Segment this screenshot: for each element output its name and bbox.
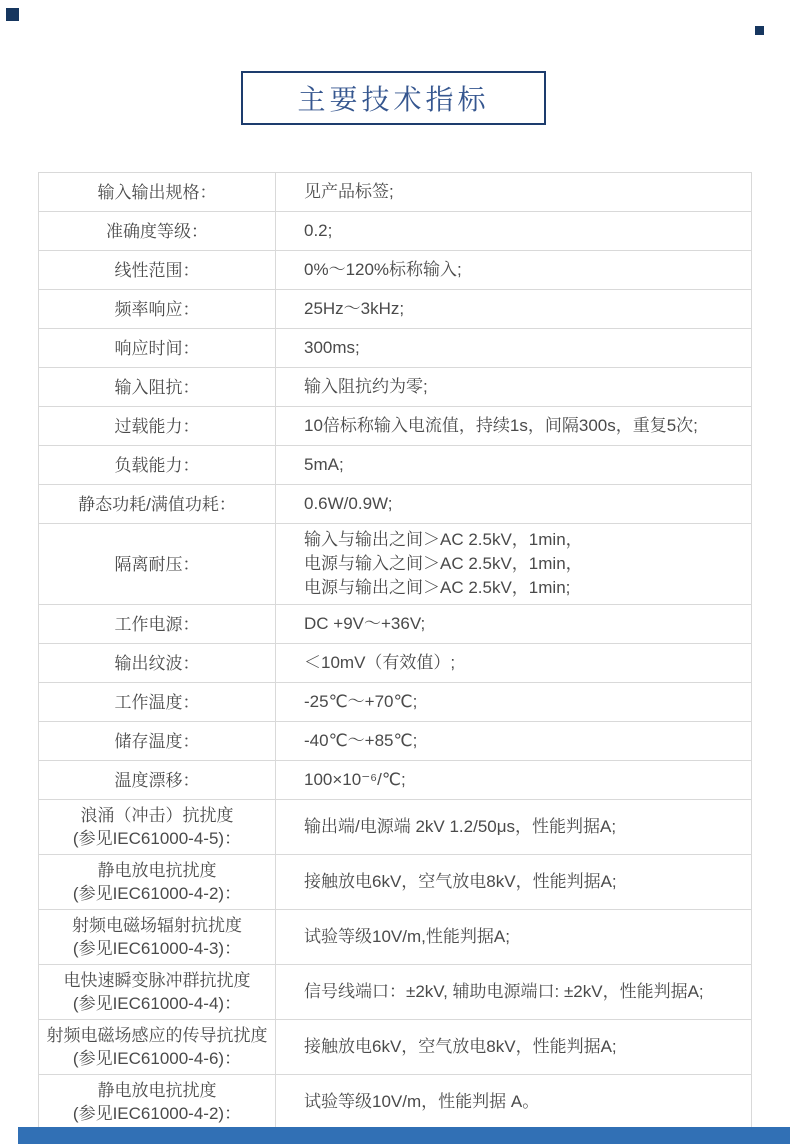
page-title: 主要技术指标 [297, 78, 489, 118]
table-row: 频率响应： 25Hz～3kHz; [39, 290, 751, 329]
spec-value: 0.6W/0.9W; [276, 485, 751, 523]
spec-value: 输入与输出之间＞AC 2.5kV，1min， 电源与输入之间＞AC 2.5kV，… [276, 524, 751, 604]
spec-value: 25Hz～3kHz; [276, 290, 751, 328]
spec-label: 响应时间： [39, 329, 276, 367]
table-row: 浪涌（冲击）抗扰度 (参见IEC61000-4-5)： 输出端/电源端 2kV … [39, 800, 751, 855]
spec-label: 输出纹波： [39, 644, 276, 682]
spec-value: -25℃～+70℃; [276, 683, 751, 721]
spec-label: 电快速瞬变脉冲群抗扰度 (参见IEC61000-4-4)： [39, 965, 276, 1019]
table-row: 负载能力： 5mA; [39, 446, 751, 485]
table-row: 工作温度： -25℃～+70℃; [39, 683, 751, 722]
spec-value: 10倍标称输入电流值，持续1s，间隔300s，重复5次; [276, 407, 751, 445]
spec-label: 隔离耐压： [39, 524, 276, 604]
spec-label: 线性范围： [39, 251, 276, 289]
corner-decoration-top-left-icon [6, 8, 19, 21]
table-row: 储存温度： -40℃～+85℃; [39, 722, 751, 761]
spec-label: 频率响应： [39, 290, 276, 328]
table-row: 射频电磁场辐射抗扰度 (参见IEC61000-4-3)： 试验等级10V/m,性… [39, 910, 751, 965]
spec-value: 0.2; [276, 212, 751, 250]
spec-table: 输入输出规格： 见产品标签; 准确度等级： 0.2; 线性范围： 0%～120%… [38, 172, 752, 1130]
spec-value: 接触放电6kV，空气放电8kV，性能判据A; [276, 855, 751, 909]
spec-label: 静电放电抗扰度 (参见IEC61000-4-2)： [39, 1075, 276, 1129]
spec-label: 浪涌（冲击）抗扰度 (参见IEC61000-4-5)： [39, 800, 276, 854]
table-row: 准确度等级： 0.2; [39, 212, 751, 251]
table-row: 温度漂移： 100×10⁻⁶/℃; [39, 761, 751, 800]
table-row: 静电放电抗扰度 (参见IEC61000-4-2)： 试验等级10V/m，性能判据… [39, 1075, 751, 1129]
spec-label: 工作电源： [39, 605, 276, 643]
table-row: 工作电源： DC +9V～+36V; [39, 605, 751, 644]
corner-decoration-top-right-icon [755, 26, 764, 35]
spec-label: 负载能力： [39, 446, 276, 484]
spec-value: 输入阻抗约为零; [276, 368, 751, 406]
table-row: 输入输出规格： 见产品标签; [39, 173, 751, 212]
table-row: 线性范围： 0%～120%标称输入; [39, 251, 751, 290]
spec-label: 射频电磁场辐射抗扰度 (参见IEC61000-4-3)： [39, 910, 276, 964]
spec-value: 试验等级10V/m,性能判据A; [276, 910, 751, 964]
spec-label: 静电放电抗扰度 (参见IEC61000-4-2)： [39, 855, 276, 909]
spec-label: 温度漂移： [39, 761, 276, 799]
table-row: 电快速瞬变脉冲群抗扰度 (参见IEC61000-4-4)： 信号线端口：±2kV… [39, 965, 751, 1020]
table-row: 过载能力： 10倍标称输入电流值，持续1s，间隔300s，重复5次; [39, 407, 751, 446]
bottom-decoration-bar [18, 1127, 790, 1144]
table-row: 输出纹波： ＜10mV（有效值）; [39, 644, 751, 683]
spec-value: 300ms; [276, 329, 751, 367]
spec-value: 信号线端口：±2kV, 辅助电源端口: ±2kV，性能判据A; [276, 965, 751, 1019]
spec-value: 0%～120%标称输入; [276, 251, 751, 289]
spec-label: 工作温度： [39, 683, 276, 721]
table-row: 射频电磁场感应的传导抗扰度 (参见IEC61000-4-6)： 接触放电6kV，… [39, 1020, 751, 1075]
spec-label: 过载能力： [39, 407, 276, 445]
spec-value: ＜10mV（有效值）; [276, 644, 751, 682]
table-row: 响应时间： 300ms; [39, 329, 751, 368]
spec-value: 5mA; [276, 446, 751, 484]
spec-value: 试验等级10V/m，性能判据 A。 [276, 1075, 751, 1129]
table-row: 隔离耐压： 输入与输出之间＞AC 2.5kV，1min， 电源与输入之间＞AC … [39, 524, 751, 605]
spec-label: 静态功耗/满值功耗： [39, 485, 276, 523]
table-row: 静态功耗/满值功耗： 0.6W/0.9W; [39, 485, 751, 524]
spec-value: 输出端/电源端 2kV 1.2/50μs，性能判据A; [276, 800, 751, 854]
spec-value: 100×10⁻⁶/℃; [276, 761, 751, 799]
section-title-box: 主要技术指标 [241, 71, 546, 125]
spec-value: -40℃～+85℃; [276, 722, 751, 760]
spec-label: 储存温度： [39, 722, 276, 760]
table-row: 输入阻抗： 输入阻抗约为零; [39, 368, 751, 407]
spec-label: 输入输出规格： [39, 173, 276, 211]
spec-value: 见产品标签; [276, 173, 751, 211]
table-row: 静电放电抗扰度 (参见IEC61000-4-2)： 接触放电6kV，空气放电8k… [39, 855, 751, 910]
spec-sheet-page: 主要技术指标 输入输出规格： 见产品标签; 准确度等级： 0.2; 线性范围： … [0, 0, 790, 1144]
spec-value: DC +9V～+36V; [276, 605, 751, 643]
spec-label: 准确度等级： [39, 212, 276, 250]
spec-label: 射频电磁场感应的传导抗扰度 (参见IEC61000-4-6)： [39, 1020, 276, 1074]
spec-label: 输入阻抗： [39, 368, 276, 406]
spec-value: 接触放电6kV，空气放电8kV，性能判据A; [276, 1020, 751, 1074]
